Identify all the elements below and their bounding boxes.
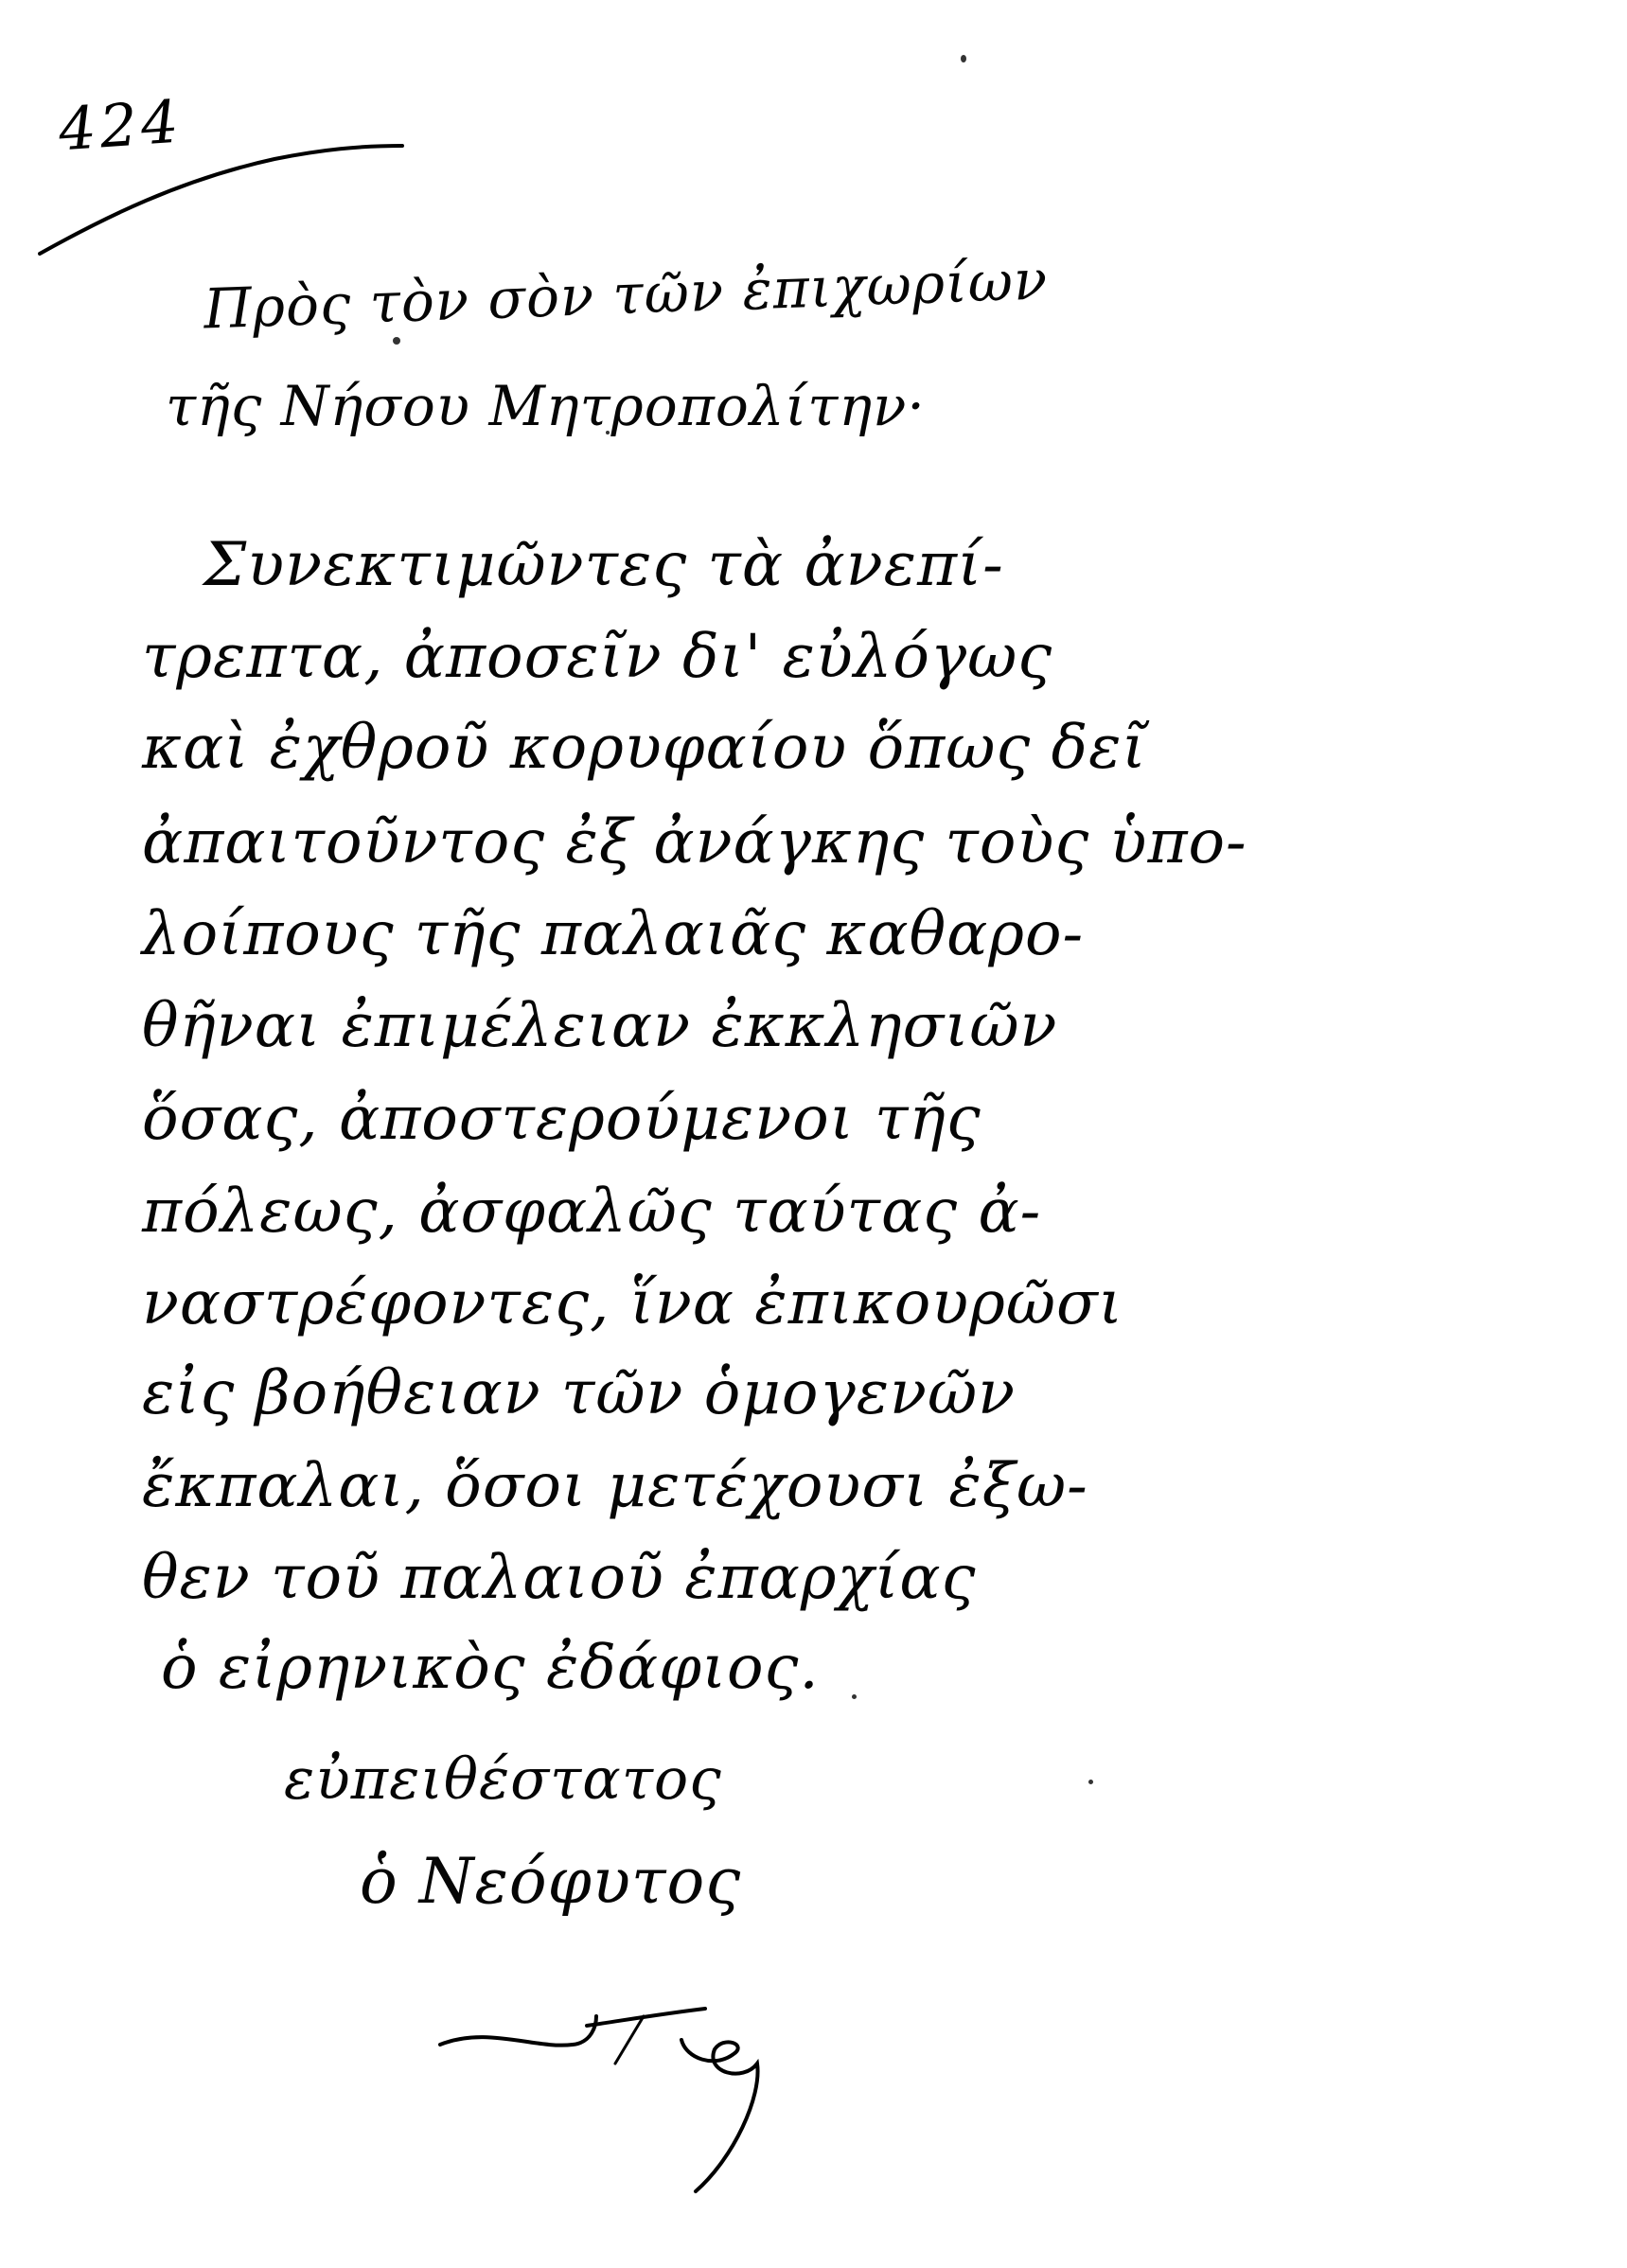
body-line: λοίπους τῆς παλαιᾶς καθαρο- bbox=[142, 904, 1084, 965]
body-line: ὁ εἰρηνικὸς ἐδάφιος. bbox=[161, 1638, 820, 1698]
scan-speck bbox=[1088, 1780, 1093, 1784]
body-line: τρεπτα, ἀποσεῖν δι' εὐλόγως bbox=[142, 627, 1052, 687]
salutation-line-2: τῆς Νήσου Μητροπολίτην· bbox=[166, 379, 926, 434]
signature-flourish bbox=[431, 2007, 790, 2196]
body-line: ναστρέφοντες, ἵνα ἐπικουρῶσι bbox=[142, 1273, 1123, 1334]
scan-speck bbox=[393, 337, 400, 345]
signature-name: ὁ Νεόφυτος bbox=[360, 1851, 741, 1913]
salutation-line-1: Πρὸς τὸν σὸν τῶν ἐπιχωρίων bbox=[203, 252, 1049, 336]
body-line: καὶ ἐχθροῦ κορυφαίου ὅπως δεῖ bbox=[142, 718, 1147, 778]
scan-speck bbox=[852, 1694, 857, 1699]
folio-underline-stroke bbox=[38, 142, 407, 256]
body-line: Συνεκτιμῶντες τὰ ἀνεπί- bbox=[203, 535, 1004, 595]
body-line: ἀπαιτοῦντος ἐξ ἀνάγκης τοὺς ὑπο- bbox=[142, 812, 1247, 873]
body-line: θῆναι ἐπιμέλειαν ἐκκλησιῶν bbox=[142, 996, 1057, 1056]
manuscript-page: 424 Πρὸς τὸν σὸν τῶν ἐπιχωρίων τῆς Νήσου… bbox=[0, 0, 1627, 2268]
scan-speck bbox=[961, 55, 966, 62]
body-line: ὅσας, ἀποστερούμενοι τῆς bbox=[142, 1089, 982, 1149]
valediction: εὐπειθέστατος bbox=[284, 1751, 722, 1808]
body-line: εἰς βοήθειαν τῶν ὁμογενῶν bbox=[142, 1363, 1016, 1424]
scan-speck bbox=[606, 431, 610, 434]
body-line: θεν τοῦ παλαιοῦ ἐπαρχίας bbox=[142, 1548, 976, 1608]
body-line: ἔκπαλαι, ὅσοι μετέχουσι ἐξω- bbox=[142, 1456, 1088, 1516]
body-line: πόλεως, ἀσφαλῶς ταύτας ἀ- bbox=[142, 1181, 1041, 1242]
